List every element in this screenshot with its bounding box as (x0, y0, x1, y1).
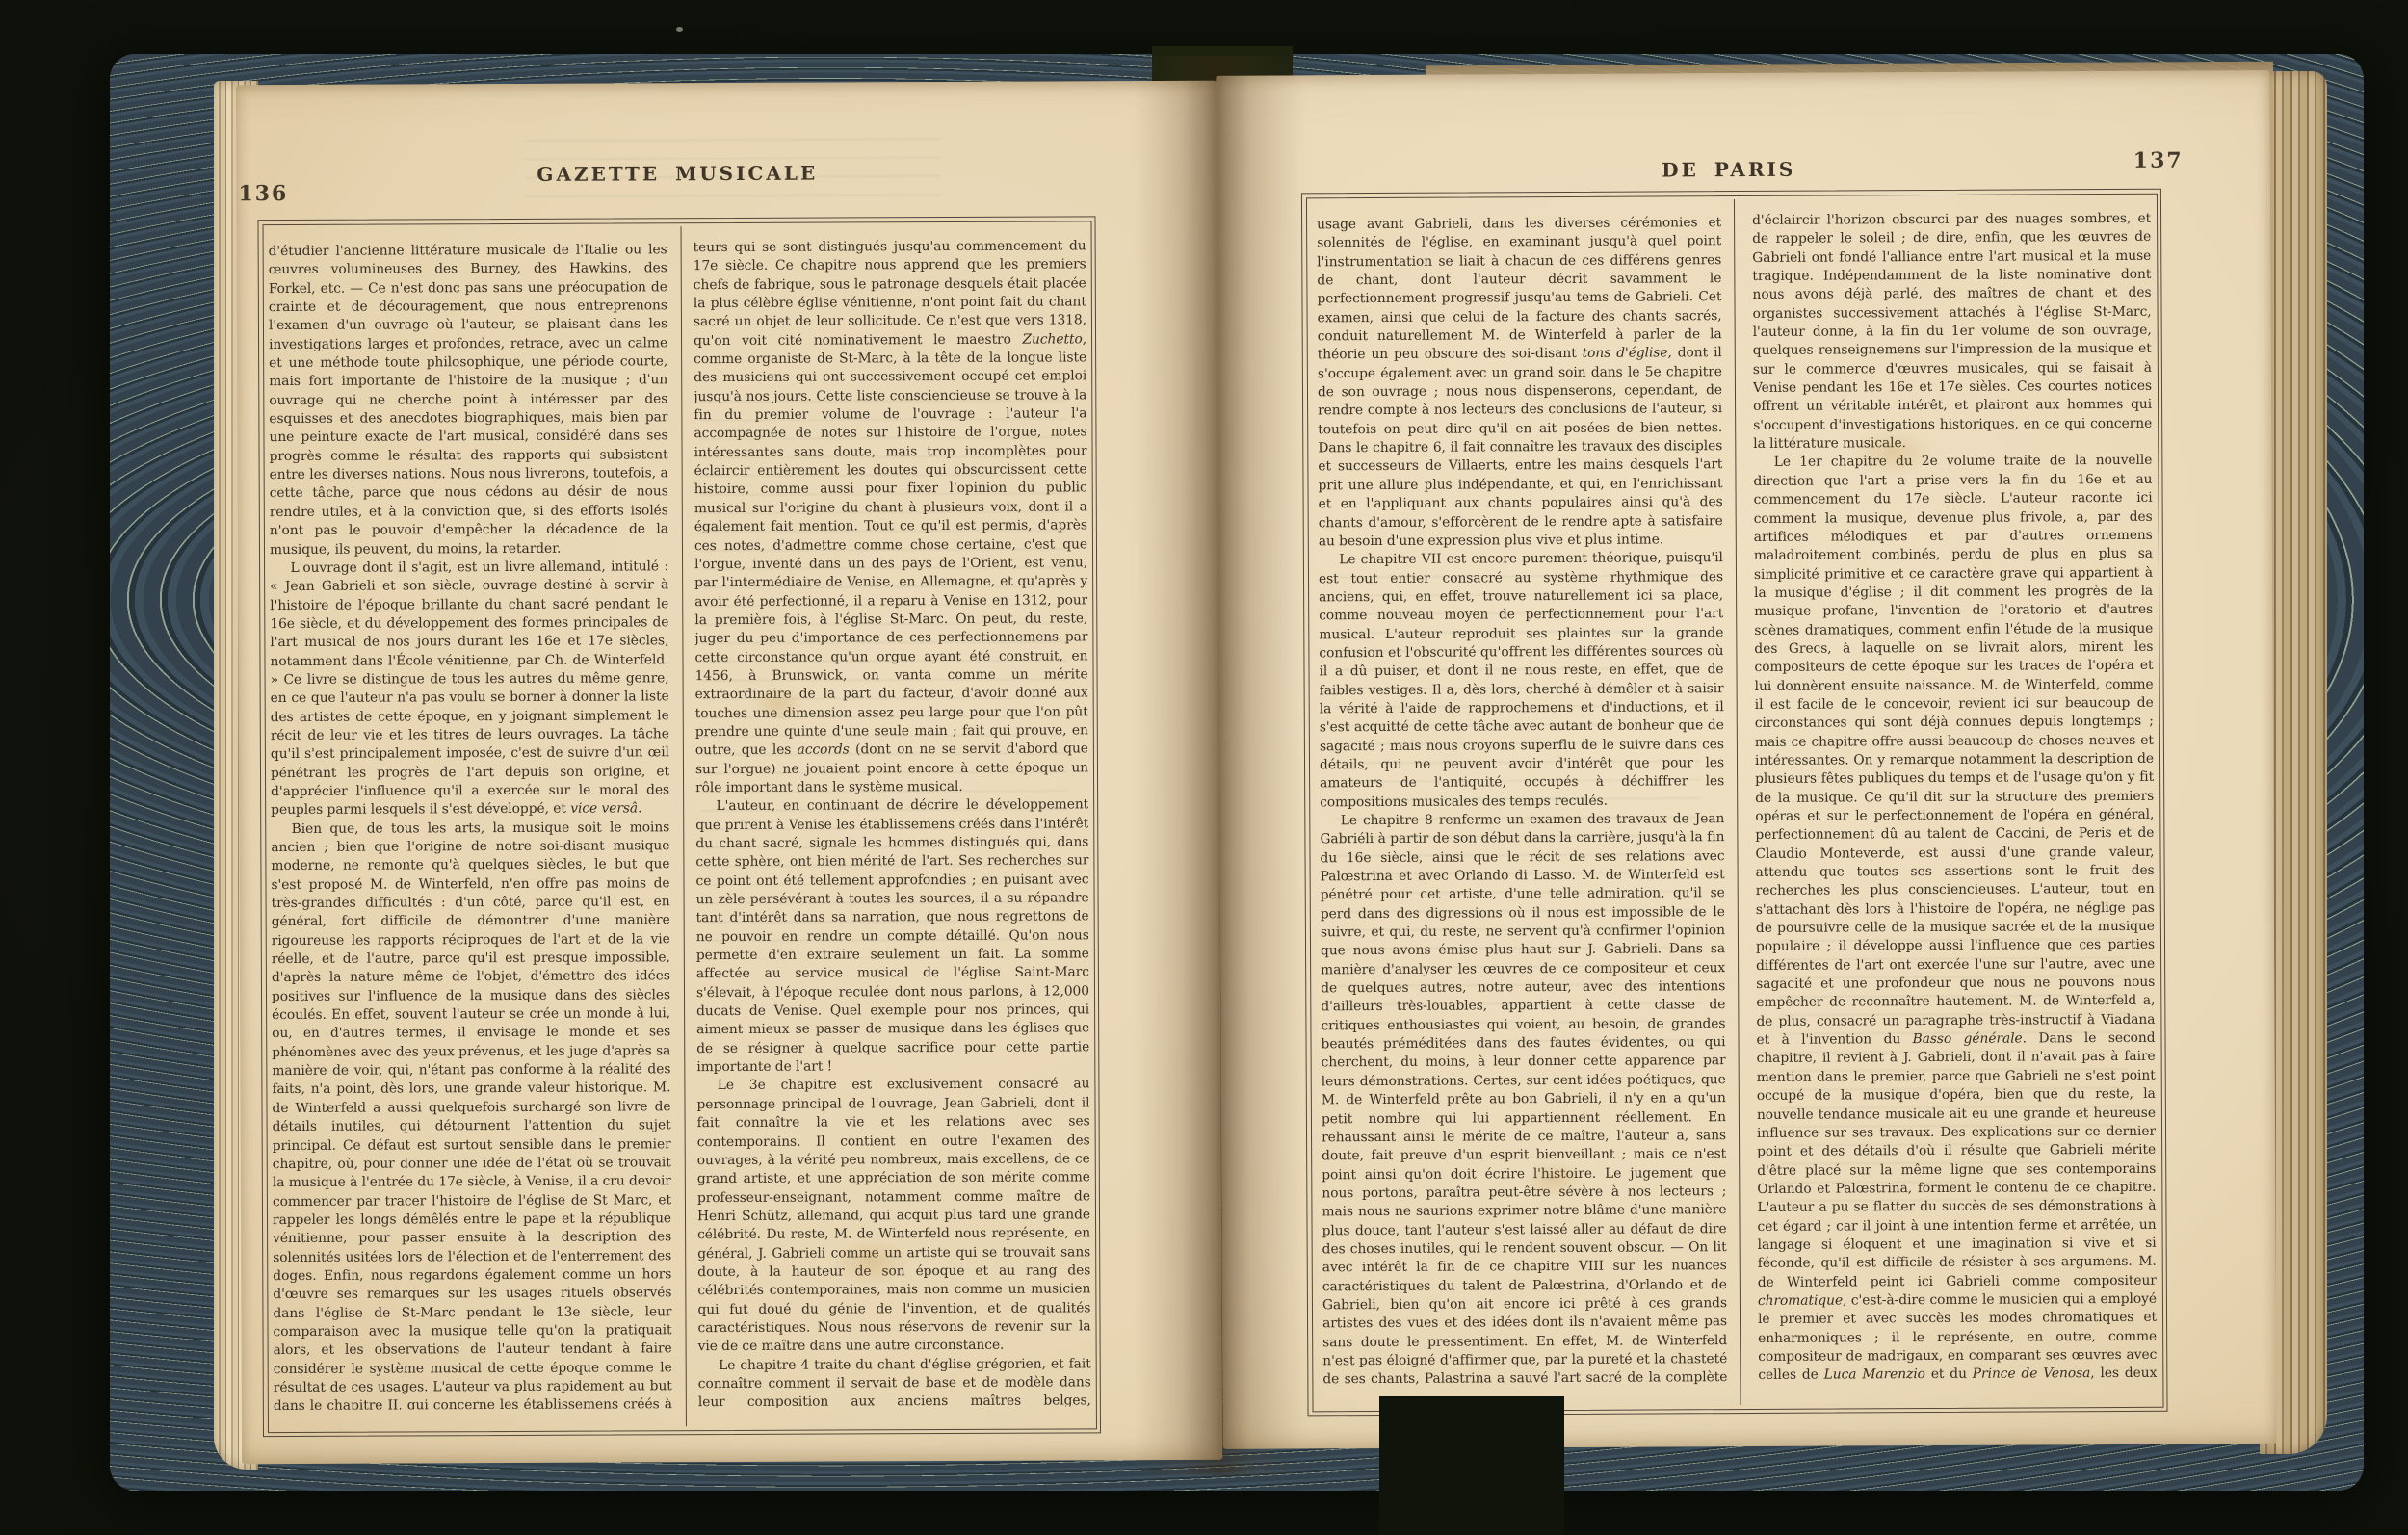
folio-number-left: 136 (238, 181, 288, 206)
paragraph: Le 1er chapitre du 2e volume traite de l… (1753, 452, 2157, 1385)
paragraph: Le chapitre 4 traite du chant d'église g… (698, 1355, 1091, 1408)
text-column-1: d'étudier l'ancienne littérature musical… (269, 241, 672, 1410)
running-title-right: DE PARIS (1662, 158, 1795, 182)
column-divider-right (1734, 199, 1741, 1405)
paragraph: usage avant Gabrieli, dans les diverses … (1317, 214, 1723, 551)
text-column-3: usage avant Gabrieli, dans les diverses … (1317, 214, 1727, 1387)
folio-number-right: 137 (2133, 148, 2184, 173)
text-column-4: d'éclaircir l'horizon obscurci par des n… (1752, 210, 2157, 1385)
photograph-of-open-book: { "left": { "folio": "136", "running_tit… (0, 0, 2408, 1535)
paragraph: d'étudier l'ancienne littérature musical… (269, 241, 668, 559)
page-right-137: 137 DE PARIS usage avant Gabrieli, dans … (1216, 70, 2276, 1449)
paragraph: L'auteur, en continuant de décrire le dé… (695, 796, 1089, 1078)
paragraph: Le 3e chapitre est exclusivement consacr… (696, 1076, 1090, 1357)
spine-gap-bottom (1379, 1396, 1564, 1535)
paragraph: L'ouvrage dont il s'agit, est un livre a… (270, 558, 669, 820)
paragraph: Le chapitre 8 renferme un examen des tra… (1320, 810, 1727, 1387)
paragraph: d'éclaircir l'horizon obscurci par des n… (1752, 210, 2152, 455)
page-left-136: 136 GAZETTE MUSICALE d'étudier l'ancienn… (236, 81, 1222, 1464)
paragraph: teurs qui se sont distingués jusqu'au co… (694, 237, 1089, 797)
paragraph: Bien que, de tous les arts, la musique s… (271, 819, 672, 1410)
dust-speck (676, 27, 683, 32)
column-divider-left (681, 226, 687, 1426)
text-column-2: teurs qui se sont distingués jusqu'au co… (694, 237, 1091, 1408)
paragraph: Le chapitre VII est encore purement théo… (1319, 549, 1724, 812)
running-title-left: GAZETTE MUSICALE (537, 162, 818, 186)
